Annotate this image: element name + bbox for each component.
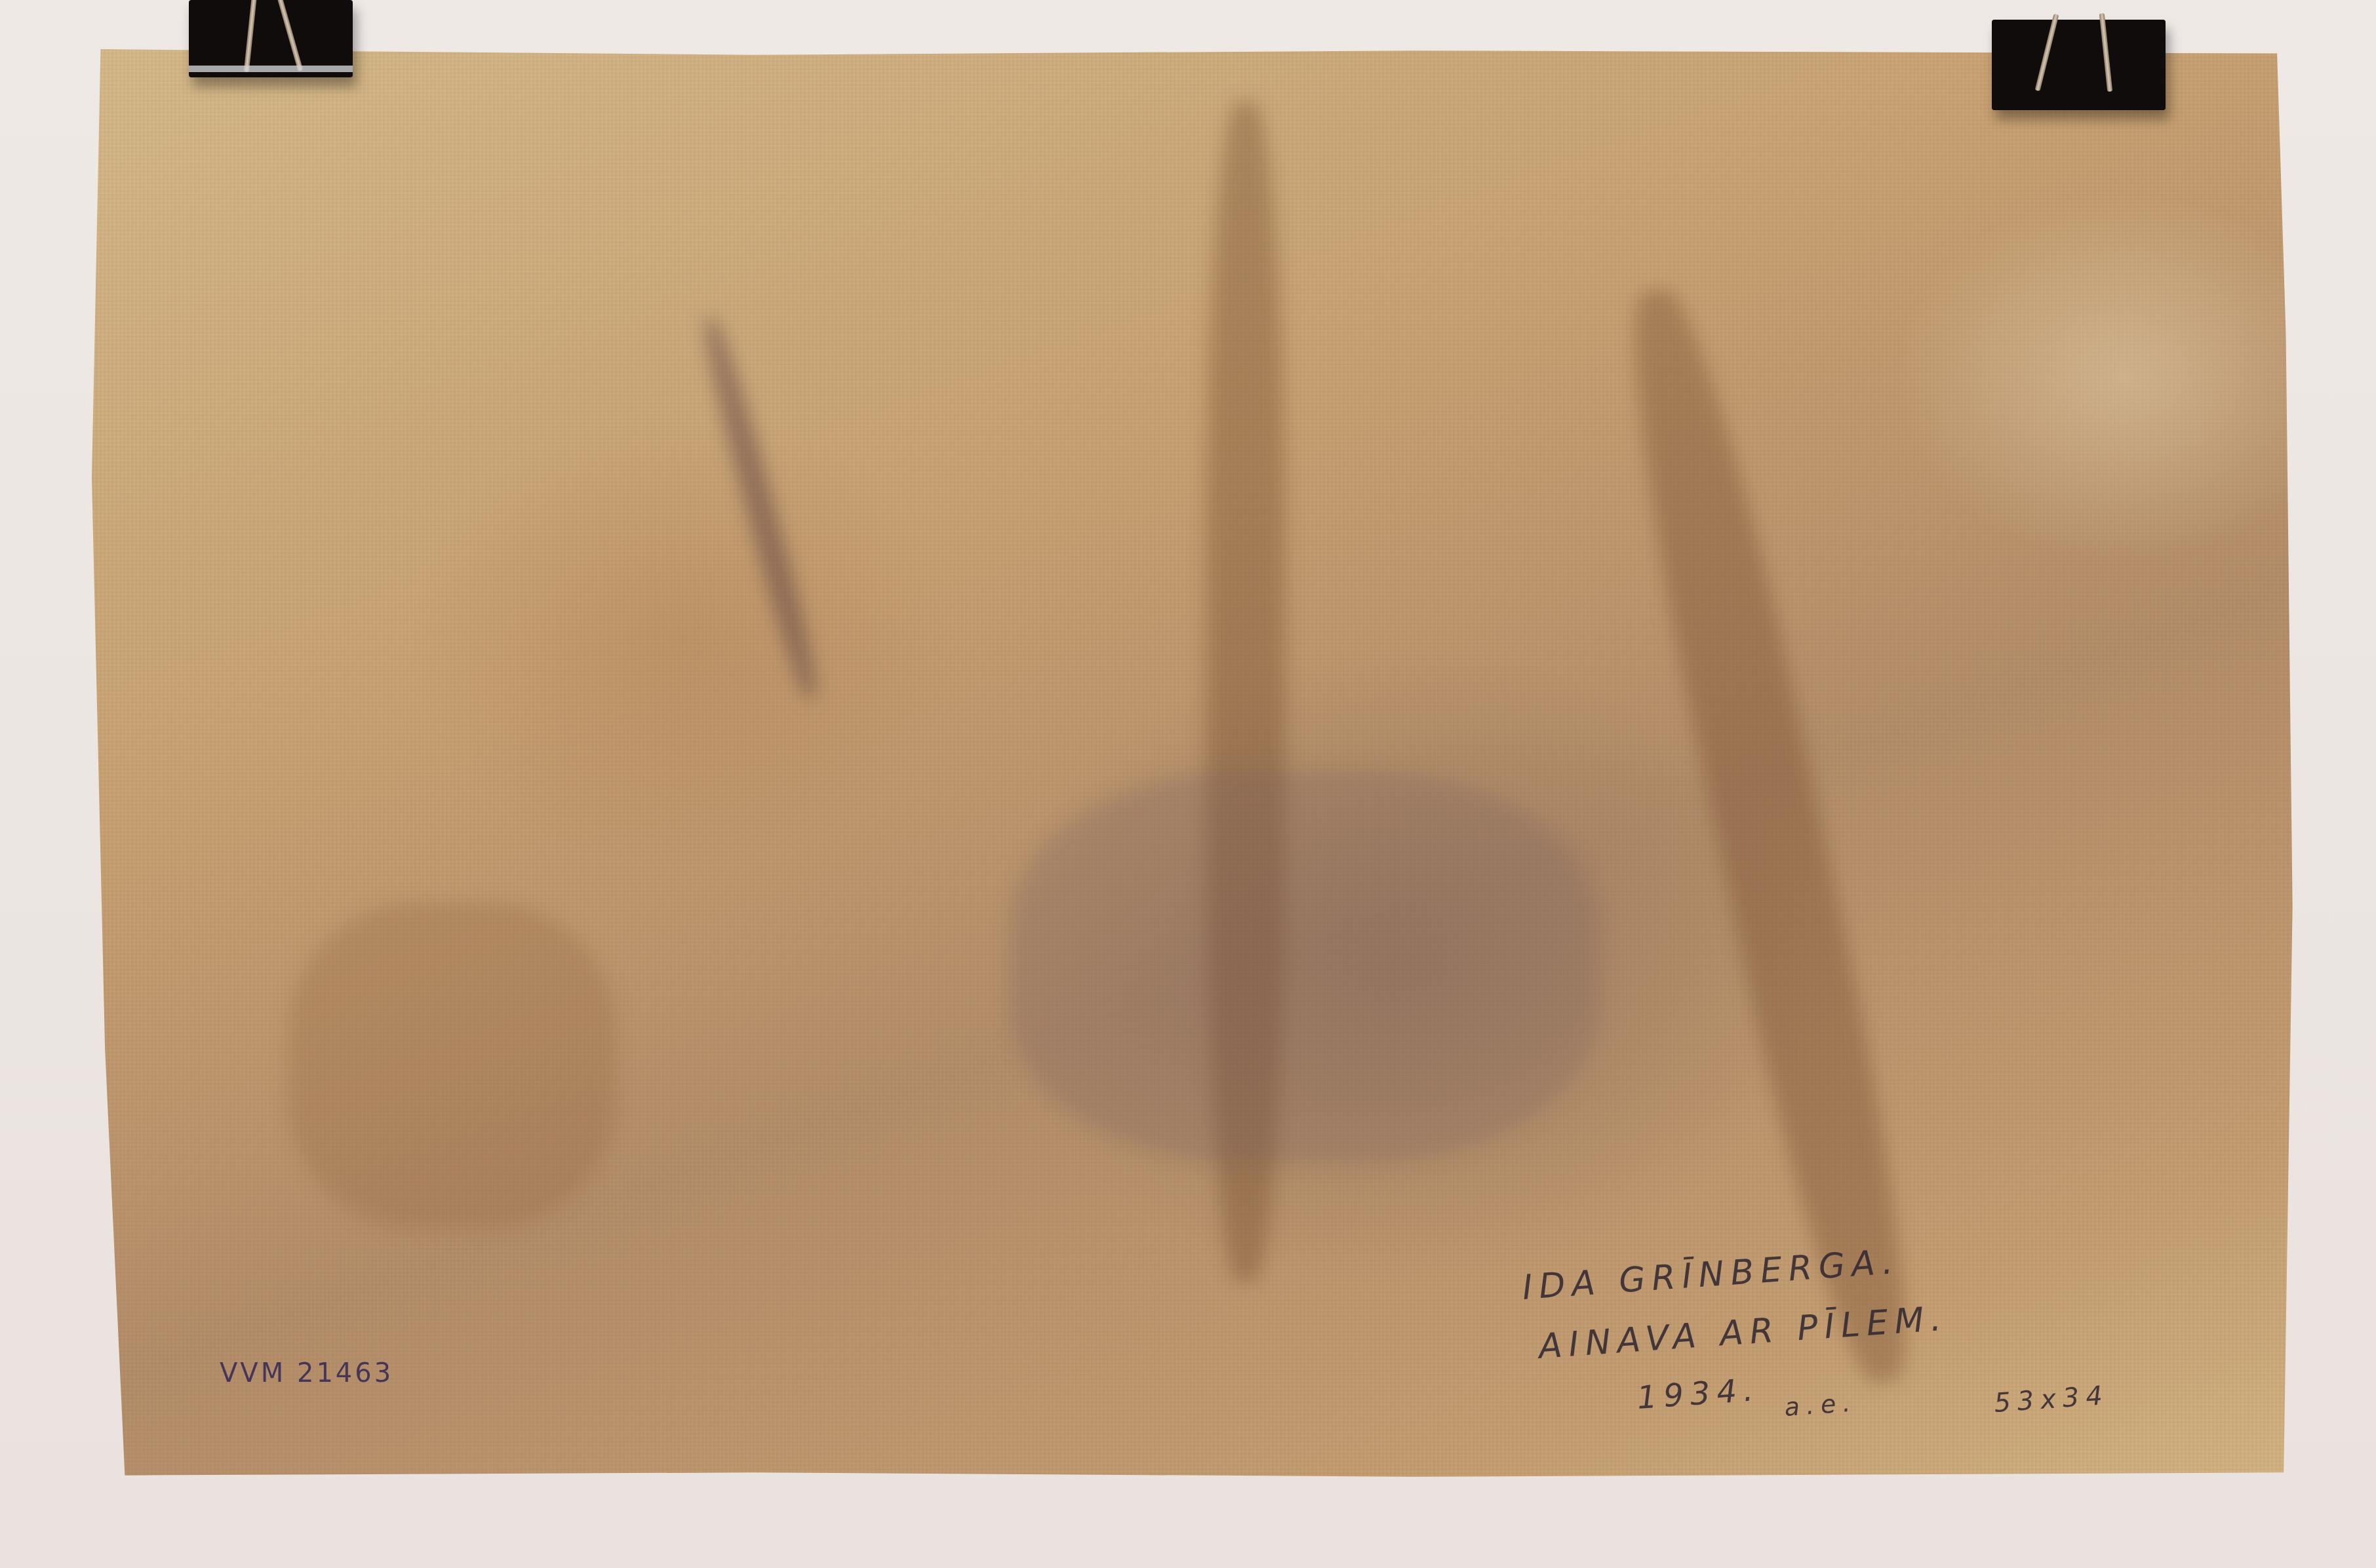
inventory-number: VVM 21463 <box>220 1358 393 1388</box>
clip-wire <box>277 0 304 71</box>
water-stain <box>1603 280 1937 1392</box>
clip-edge <box>189 66 353 72</box>
canvas-back <box>92 49 2295 1478</box>
clip-wire <box>2099 13 2112 92</box>
water-stain <box>697 315 824 701</box>
clip-wire <box>244 0 257 72</box>
binder-clip-left <box>189 0 353 77</box>
water-stain <box>288 901 616 1229</box>
clip-wire <box>2035 14 2059 91</box>
binder-clip-right <box>1992 20 2166 110</box>
medium-inscription: a.e. <box>1783 1388 1858 1422</box>
water-stain <box>1010 770 1600 1164</box>
